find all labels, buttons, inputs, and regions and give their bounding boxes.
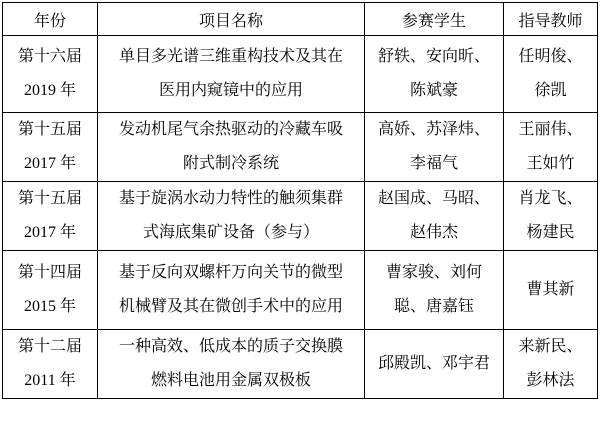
- table-row: 第十四届 2015 年 基于反向双螺杆万向关节的微型 机械臂及其在微创手术中的应…: [3, 251, 598, 330]
- teachers-cell: 来新民、 彭林法: [504, 330, 598, 399]
- table-row: 第十六届 2019 年 单目多光谱三维重构技术及其在 医用内窥镜中的应用 舒轶、…: [3, 36, 598, 113]
- header-teachers: 指导教师: [504, 3, 598, 36]
- year-value-line: 2015 年: [3, 290, 97, 324]
- text-line: 肖龙飞、: [504, 182, 597, 216]
- year-value-line: 2019 年: [3, 74, 97, 108]
- project-name-cell: 发动机尾气余热驱动的冷藏车吸 附式制冷系统: [98, 113, 365, 182]
- text-line: 来新民、: [504, 330, 597, 364]
- text-line: 李福气: [365, 147, 503, 181]
- students-cell: 曹家骏、刘何 聪、唐嘉钰: [365, 251, 504, 330]
- header-students: 参赛学生: [365, 3, 504, 36]
- text-line: 陈斌豪: [365, 74, 503, 108]
- table-row: 第十二届 2011 年 一种高效、低成本的质子交换膜 燃料电池用金属双极板 邱殿…: [3, 330, 598, 399]
- teachers-cell: 任明俊、 徐凯: [504, 36, 598, 113]
- text-line: 发动机尾气余热驱动的冷藏车吸: [98, 113, 364, 147]
- year-value-line: 2017 年: [3, 147, 97, 181]
- teachers-cell: 肖龙飞、 杨建民: [504, 182, 598, 251]
- table-row: 第十五届 2017 年 基于旋涡水动力特性的触须集群 式海底集矿设备（参与） 赵…: [3, 182, 598, 251]
- header-row: 年份 项目名称 参赛学生 指导教师: [3, 3, 598, 36]
- text-line: 式海底集矿设备（参与）: [98, 216, 364, 250]
- year-cell: 第十六届 2019 年: [3, 36, 98, 113]
- header-year: 年份: [3, 3, 98, 36]
- year-term-line: 第十四届: [3, 256, 97, 290]
- project-name-cell: 单目多光谱三维重构技术及其在 医用内窥镜中的应用: [98, 36, 365, 113]
- students-cell: 邱殿凯、邓宇君: [365, 330, 504, 399]
- text-line: 医用内窥镜中的应用: [98, 74, 364, 108]
- project-name-cell: 基于反向双螺杆万向关节的微型 机械臂及其在微创手术中的应用: [98, 251, 365, 330]
- year-term-line: 第十二届: [3, 330, 97, 364]
- header-project-name: 项目名称: [98, 3, 365, 36]
- year-term-line: 第十六届: [3, 40, 97, 74]
- year-term-line: 第十五届: [3, 113, 97, 147]
- year-cell: 第十二届 2011 年: [3, 330, 98, 399]
- year-term-line: 第十五届: [3, 182, 97, 216]
- text-line: 王丽伟、: [504, 113, 597, 147]
- text-line: 一种高效、低成本的质子交换膜: [98, 330, 364, 364]
- year-cell: 第十四届 2015 年: [3, 251, 98, 330]
- text-line: 聪、唐嘉钰: [365, 290, 503, 324]
- table-row: 第十五届 2017 年 发动机尾气余热驱动的冷藏车吸 附式制冷系统 高娇、苏泽炜…: [3, 113, 598, 182]
- project-name-cell: 一种高效、低成本的质子交换膜 燃料电池用金属双极板: [98, 330, 365, 399]
- text-line: 赵伟杰: [365, 216, 503, 250]
- text-line: 单目多光谱三维重构技术及其在: [98, 40, 364, 74]
- year-value-line: 2017 年: [3, 216, 97, 250]
- year-value-line: 2011 年: [3, 364, 97, 398]
- teachers-cell: 王丽伟、 王如竹: [504, 113, 598, 182]
- text-line: 机械臂及其在微创手术中的应用: [98, 290, 364, 324]
- text-line: 燃料电池用金属双极板: [98, 364, 364, 398]
- text-line: 徐凯: [504, 74, 597, 108]
- text-line: 邱殿凯、邓宇君: [365, 347, 503, 381]
- students-cell: 舒轶、安向昕、 陈斌豪: [365, 36, 504, 113]
- teachers-cell: 曹其新: [504, 251, 598, 330]
- text-line: 舒轶、安向昕、: [365, 40, 503, 74]
- students-cell: 赵国成、马昭、 赵伟杰: [365, 182, 504, 251]
- awards-table: 年份 项目名称 参赛学生 指导教师 第十六届 2019 年 单目多光谱三维重构技…: [2, 2, 598, 399]
- text-line: 杨建民: [504, 216, 597, 250]
- text-line: 赵国成、马昭、: [365, 182, 503, 216]
- year-cell: 第十五届 2017 年: [3, 182, 98, 251]
- project-name-cell: 基于旋涡水动力特性的触须集群 式海底集矿设备（参与）: [98, 182, 365, 251]
- text-line: 曹其新: [504, 273, 597, 307]
- students-cell: 高娇、苏泽炜、 李福气: [365, 113, 504, 182]
- year-cell: 第十五届 2017 年: [3, 113, 98, 182]
- text-line: 高娇、苏泽炜、: [365, 113, 503, 147]
- text-line: 彭林法: [504, 364, 597, 398]
- text-line: 曹家骏、刘何: [365, 256, 503, 290]
- document-page: 年份 项目名称 参赛学生 指导教师 第十六届 2019 年 单目多光谱三维重构技…: [0, 0, 600, 424]
- text-line: 基于旋涡水动力特性的触须集群: [98, 182, 364, 216]
- text-line: 附式制冷系统: [98, 147, 364, 181]
- text-line: 任明俊、: [504, 40, 597, 74]
- text-line: 王如竹: [504, 147, 597, 181]
- text-line: 基于反向双螺杆万向关节的微型: [98, 256, 364, 290]
